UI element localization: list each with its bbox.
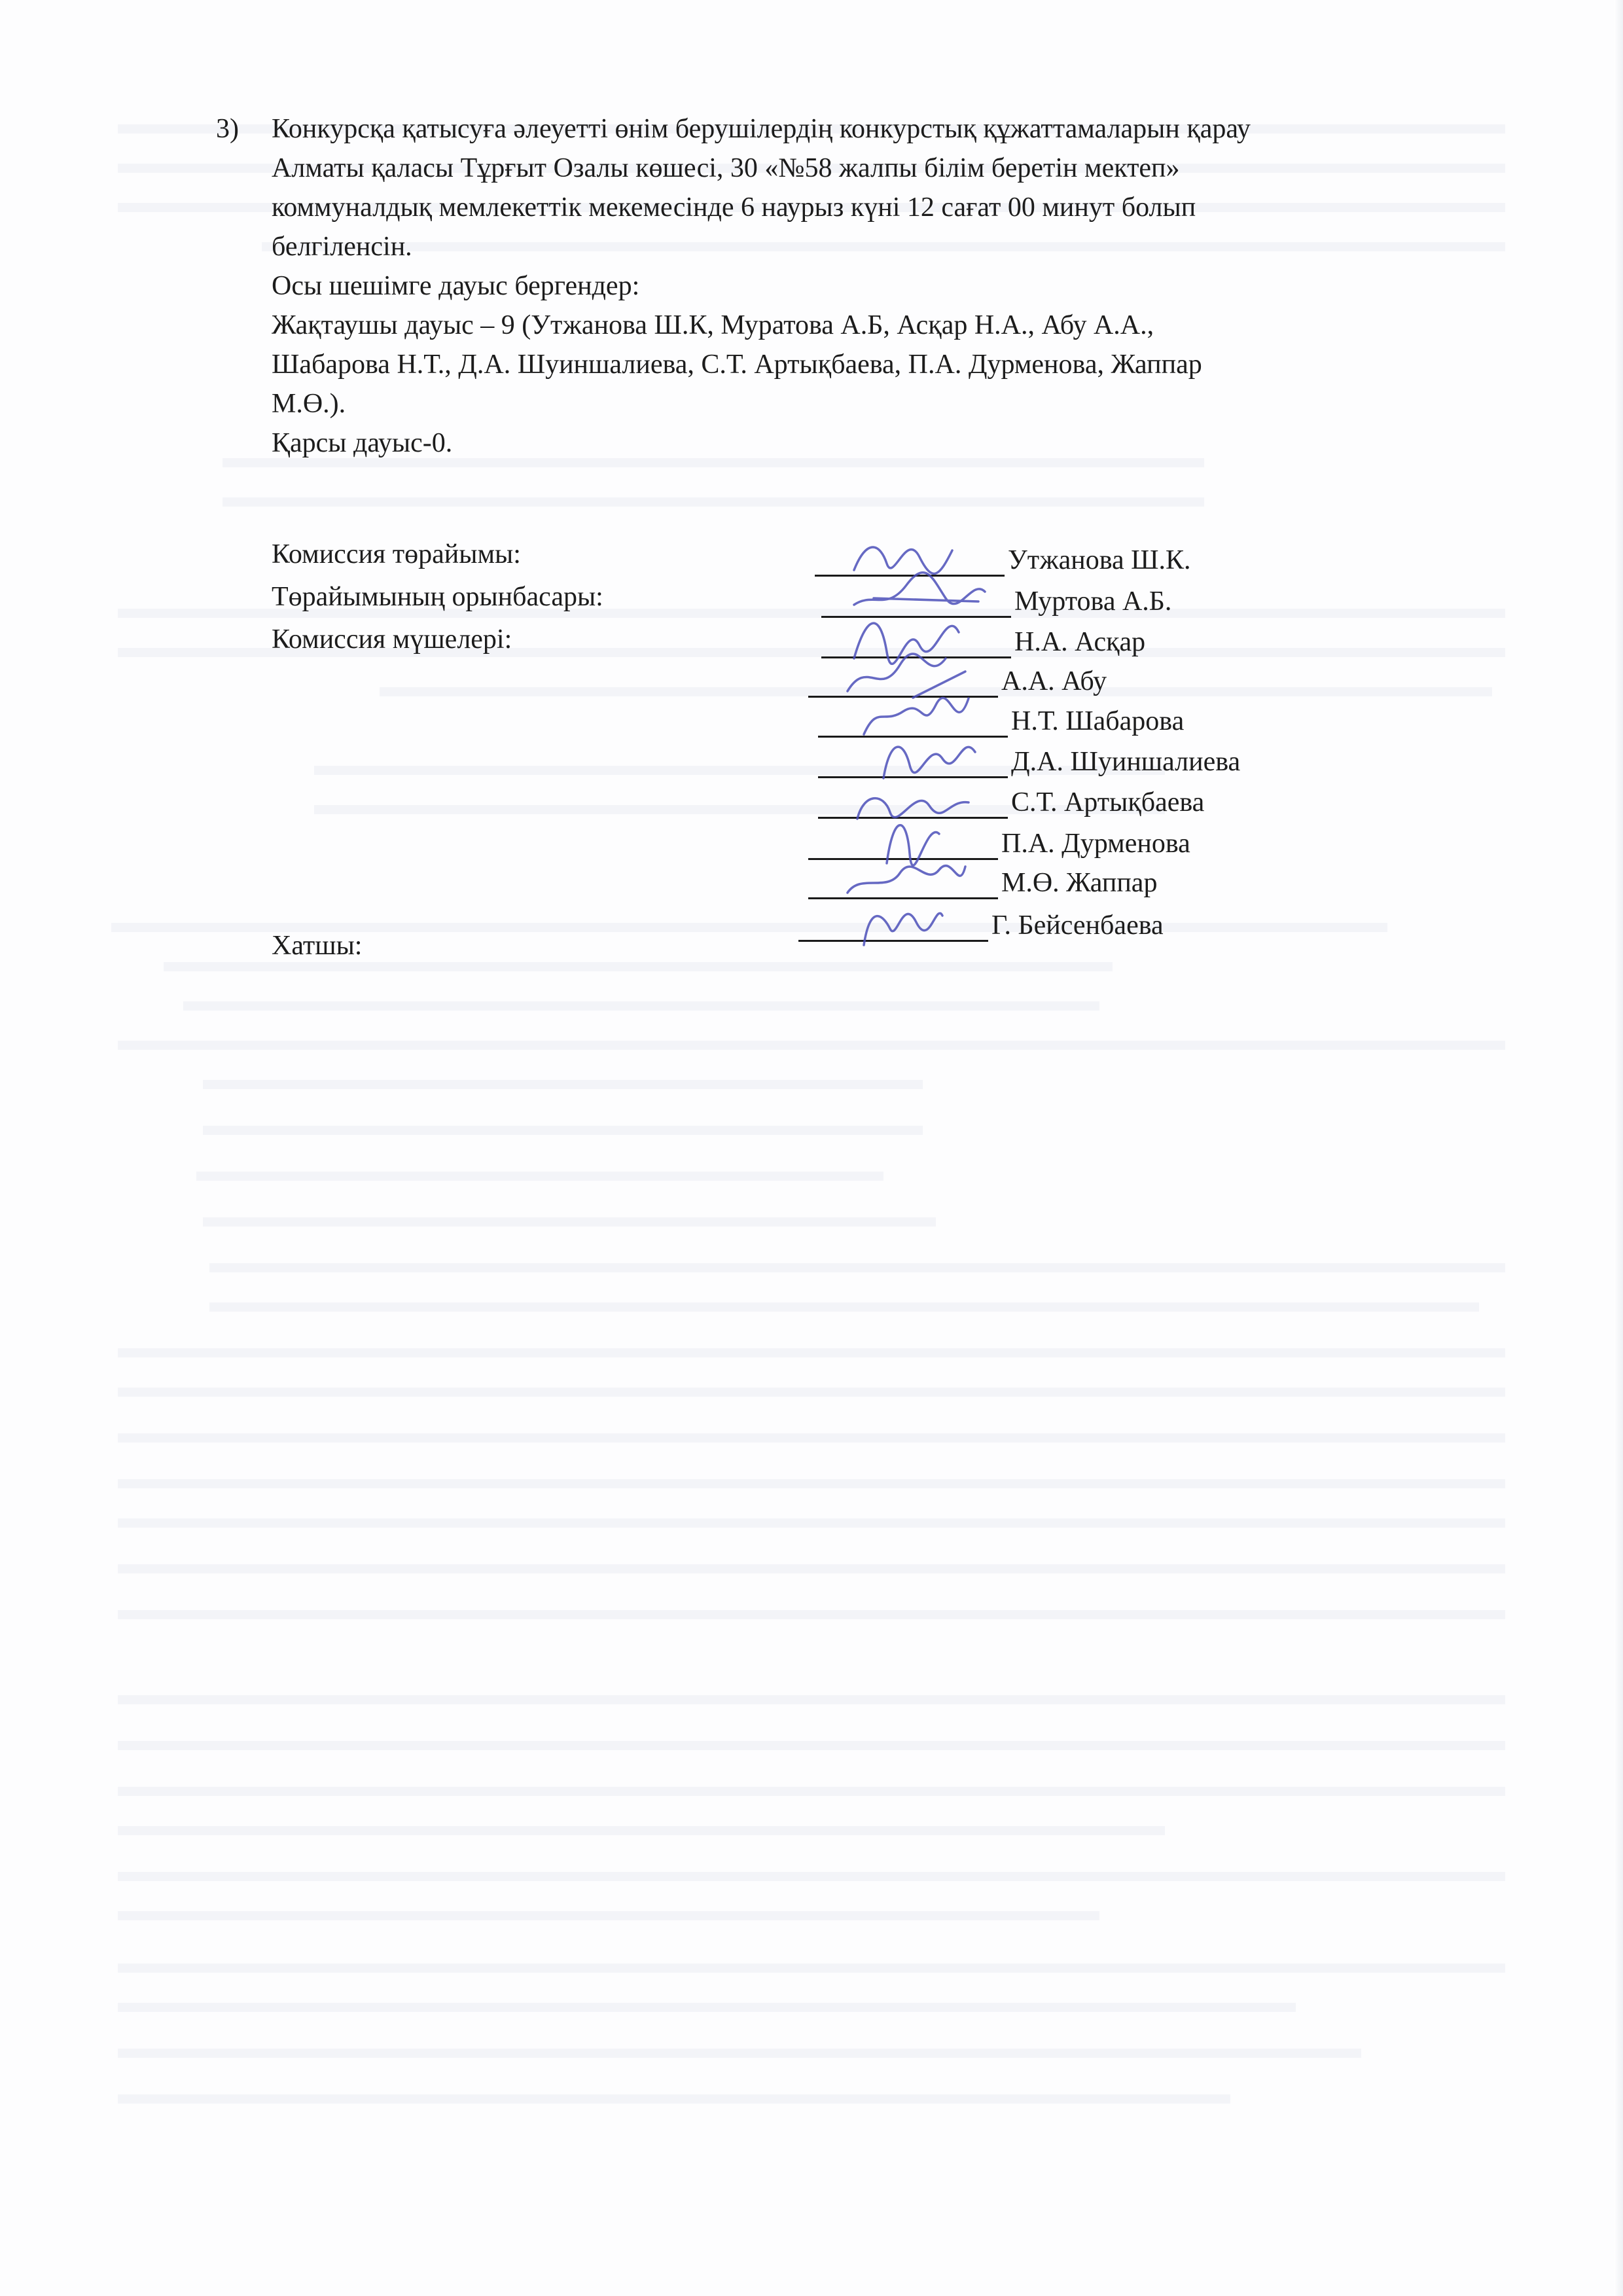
item-text-line: Алматы қаласы Тұрғыт Озалы көшесі, 30 «№…	[272, 152, 1180, 185]
vote-for-line: Жақтаушы дауыс – 9 (Утжанова Ш.К, Мурато…	[272, 309, 1154, 342]
handwritten-signature-icon	[825, 889, 975, 948]
signatory-name: М.Ө. Жаппар	[1001, 867, 1157, 899]
signatory-name: А.А. Абу	[1001, 665, 1107, 698]
item-number: 3)	[216, 113, 239, 145]
signatory-name: Н.А. Асқар	[1014, 626, 1145, 658]
bleed-through-text	[0, 0, 1623, 2296]
item-text-line: Конкурсқа қатысуға әлеуетті өнім берушіл…	[272, 113, 1251, 145]
signatory-name: С.Т. Артықбаева	[1011, 786, 1204, 819]
role-secretary: Хатшы:	[272, 929, 362, 962]
item-text-line: белгіленсін.	[272, 230, 412, 263]
vote-for-line: М.Ө.).	[272, 387, 346, 420]
role-members: Комиссия мүшелері:	[272, 623, 512, 656]
vote-heading: Осы шешімге дауыс бергендер:	[272, 270, 639, 302]
role-chair: Комиссия төрайымы:	[272, 538, 521, 571]
signatory-name: Г. Бейсенбаева	[991, 909, 1164, 942]
vote-against: Қарсы дауыс-0.	[272, 427, 452, 459]
scanned-page: 3) Конкурсқа қатысуға әлеуетті өнім беру…	[0, 0, 1623, 2296]
vote-for-line: Шабарова Н.Т., Д.А. Шуиншалиева, С.Т. Ар…	[272, 348, 1202, 381]
signatory-name: П.А. Дурменова	[1001, 827, 1190, 860]
signatory-name: Д.А. Шуиншалиева	[1011, 745, 1240, 778]
item-text-line: коммуналдық мемлекеттік мекемесінде 6 на…	[272, 191, 1196, 224]
signatory-name: Утжанова Ш.К.	[1008, 544, 1191, 577]
signatory-name: Н.Т. Шабарова	[1011, 705, 1184, 738]
role-deputy: Төрайымының орынбасары:	[272, 581, 603, 613]
scan-edge	[1614, 0, 1623, 2296]
signature-row: Г. Бейсенбаева	[798, 906, 1387, 946]
signatory-name: Муртова А.Б.	[1014, 585, 1171, 618]
